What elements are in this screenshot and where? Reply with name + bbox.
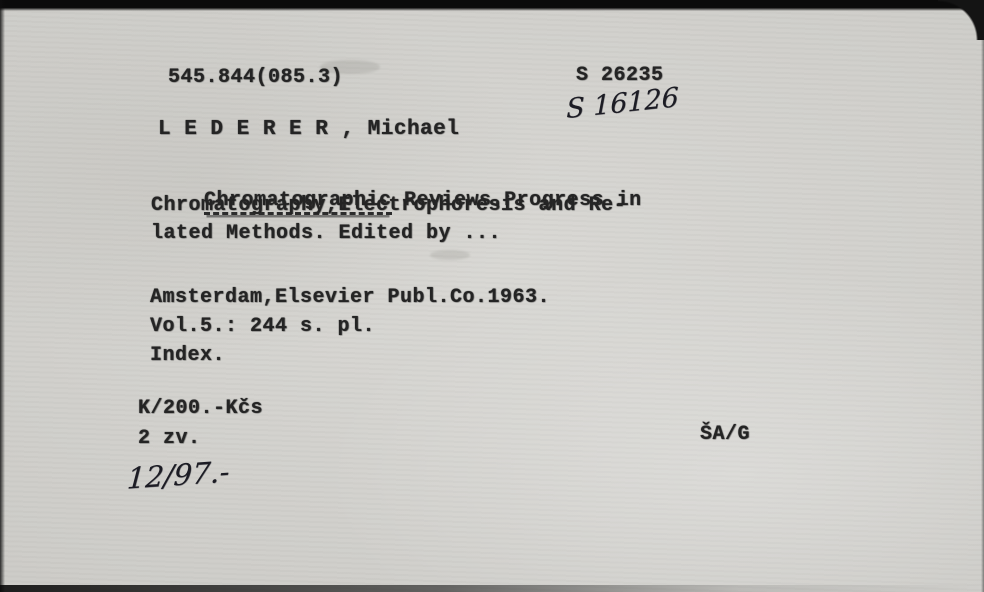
- imprint-line: Amsterdam,Elsevier Publ.Co.1963.: [150, 286, 550, 309]
- paper-smudge: [430, 250, 470, 260]
- index-note: Index.: [150, 344, 225, 367]
- price-line: K/200.-Kčs: [138, 397, 263, 420]
- collation-line: Vol.5.: 244 s. pl.: [150, 315, 375, 338]
- author-heading: L E D E R E R , Michael: [158, 118, 459, 141]
- photo-edge-left: [0, 0, 5, 592]
- card-corner-shadow: [938, 0, 984, 40]
- classification-number: 545.844(085.3): [168, 66, 343, 89]
- photo-edge-bottom: [0, 585, 984, 592]
- accession-number-typed: S 26235: [576, 64, 664, 87]
- catalog-card-scan: 545.844(085.3) S 26235 S 16126 L E D E R…: [0, 0, 984, 592]
- title-line-2: Chromatography,Electrophoresis and Re-: [151, 194, 626, 217]
- title-line-3: lated Methods. Edited by ...: [151, 222, 501, 245]
- cataloguer-mark: ŠA/G: [700, 423, 750, 446]
- volumes-line: 2 zv.: [138, 427, 201, 450]
- photo-edge-top: [0, 0, 984, 11]
